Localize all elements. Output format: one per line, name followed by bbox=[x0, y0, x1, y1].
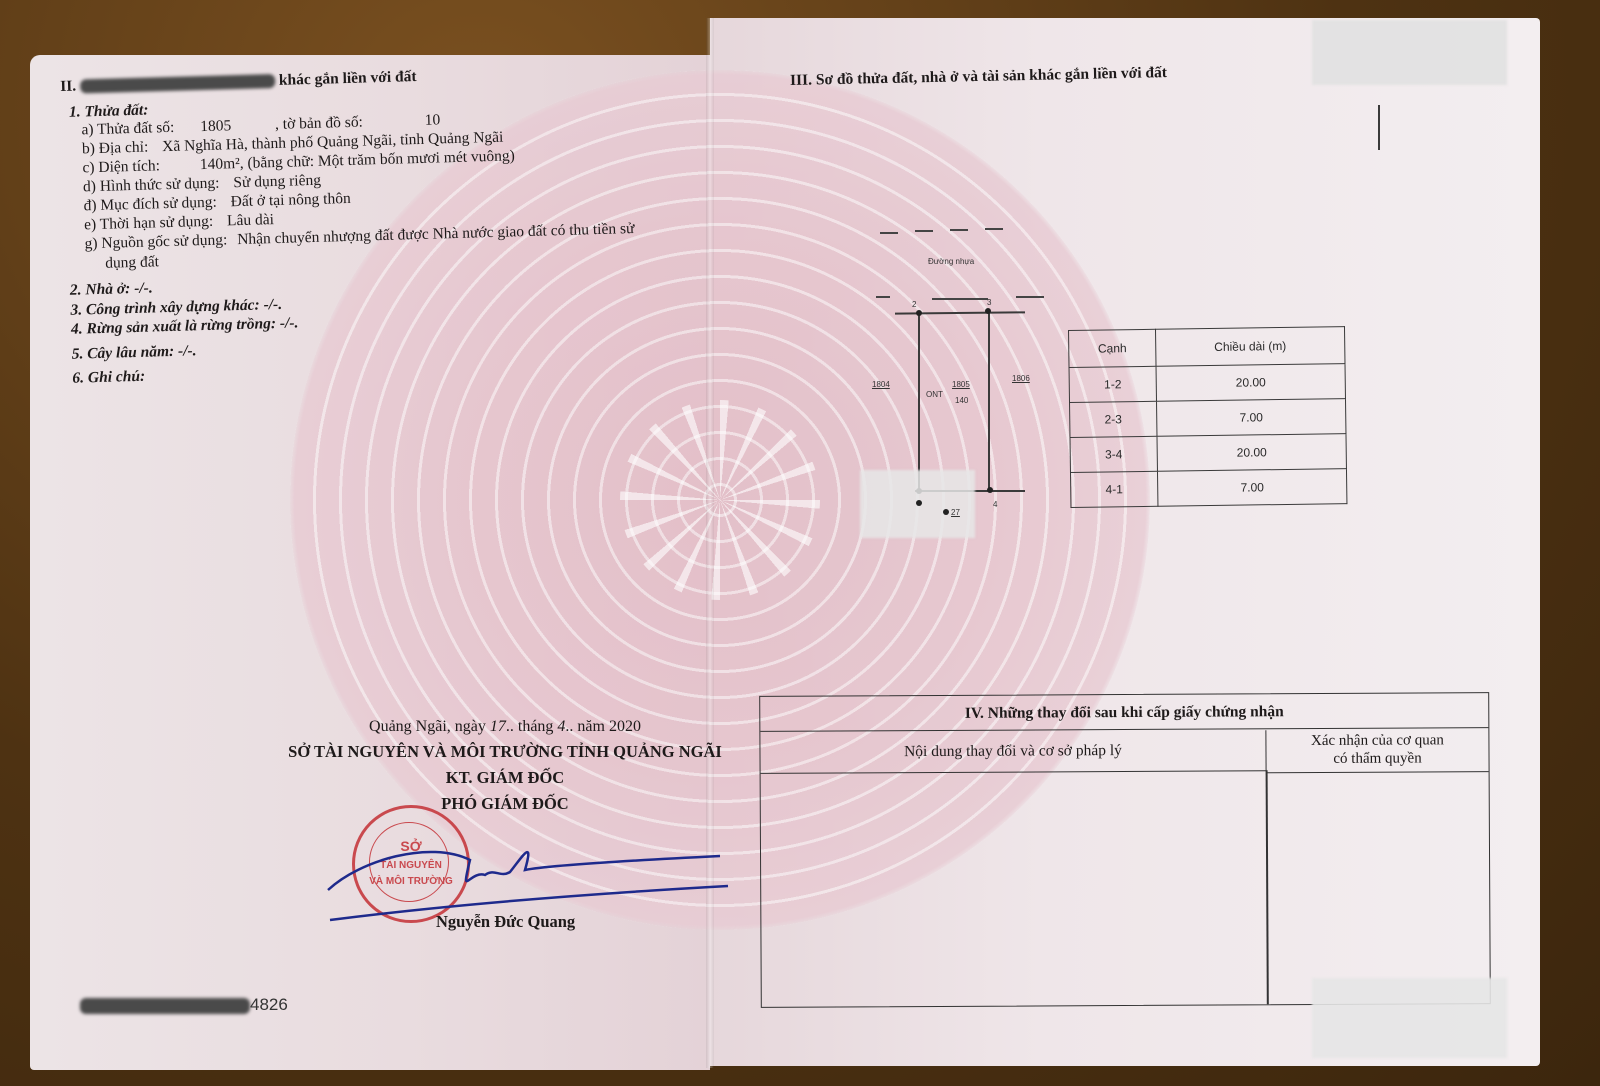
road-edge bbox=[876, 296, 890, 298]
road-edge bbox=[915, 230, 933, 232]
section-4-changes-table: IV. Những thay đổi sau khi cấp giấy chứn… bbox=[759, 692, 1491, 1008]
usage-form-value: Sử dụng riêng bbox=[233, 172, 321, 191]
signer-name: Nguyễn Đức Quang bbox=[436, 912, 575, 932]
length-cell: 20.00 bbox=[1156, 364, 1345, 402]
redacted-corner-top bbox=[1312, 20, 1507, 85]
parcel-number-value: 1805 bbox=[200, 117, 231, 135]
signer-title: PHÓ GIÁM ĐỐC bbox=[280, 794, 730, 814]
item-6-notes: 6. Ghi chú: bbox=[72, 368, 145, 388]
area-label: c) Diện tích: bbox=[82, 157, 160, 176]
land-type-code: ONT bbox=[926, 390, 943, 399]
usage-term-label: e) Thời hạn sử dụng: bbox=[84, 213, 214, 234]
column-header-edge: Cạnh bbox=[1069, 329, 1157, 367]
edge-cell: 4-1 bbox=[1070, 471, 1157, 507]
redacted-serial bbox=[80, 998, 250, 1014]
vertex-label-4: 4 bbox=[993, 500, 997, 509]
issue-year: năm 2020 bbox=[577, 718, 641, 735]
survey-marker bbox=[943, 509, 949, 515]
road-edge bbox=[985, 228, 1003, 230]
column-header-change-content: Nội dung thay đổi và cơ sở pháp lý bbox=[760, 730, 1266, 774]
edge-cell: 2-3 bbox=[1070, 401, 1157, 437]
edge-cell: 1-2 bbox=[1069, 366, 1156, 402]
edge-cell: 3-4 bbox=[1070, 436, 1157, 472]
certificate-serial: 4826 bbox=[80, 995, 288, 1015]
usage-term-value: Lâu dài bbox=[227, 211, 274, 229]
neighbor-parcel-left: 1804 bbox=[872, 380, 890, 389]
vertex-4 bbox=[987, 487, 993, 493]
table-row: 4-1 7.00 bbox=[1070, 469, 1346, 508]
map-sheet-value: 10 bbox=[424, 111, 440, 128]
table-row: 3-4 20.00 bbox=[1070, 434, 1346, 473]
edge-length-table: Cạnh Chiều dài (m) 1-2 20.00 2-3 7.00 3-… bbox=[1068, 326, 1347, 508]
parcel-area-diagram: 140 bbox=[955, 396, 968, 405]
table-header-row: Cạnh Chiều dài (m) bbox=[1069, 327, 1345, 368]
origin-value-cont: dụng đất bbox=[105, 253, 159, 272]
usage-form-label: d) Hình thức sử dụng: bbox=[83, 175, 220, 196]
margin-mark bbox=[1378, 105, 1380, 150]
issue-date: Quảng Ngãi, ngày 17.. tháng 4.. năm 2020 bbox=[280, 718, 730, 736]
road-label: Đường nhựa bbox=[928, 257, 974, 266]
month-label: tháng bbox=[518, 718, 554, 735]
road-edge bbox=[880, 232, 898, 234]
signature-block: Quảng Ngãi, ngày 17.. tháng 4.. năm 2020… bbox=[280, 718, 730, 814]
section-2-title-text: khác gắn liền với đất bbox=[279, 68, 417, 89]
column-divider bbox=[1266, 770, 1269, 1004]
serial-suffix: 4826 bbox=[250, 995, 288, 1014]
survey-marker bbox=[916, 500, 922, 506]
authority-header-line1: Xác nhận của cơ quan bbox=[1266, 731, 1488, 750]
item-1-label: 1. Thửa đất: bbox=[69, 102, 149, 122]
marker-label: 27 bbox=[951, 508, 960, 517]
date-prefix: Quảng Ngãi, ngày bbox=[369, 718, 486, 735]
section-2-number: II. bbox=[60, 78, 76, 95]
usage-purpose-value: Đất ở tại nông thôn bbox=[230, 190, 351, 210]
column-header-authority-confirmation: Xác nhận của cơ quan có thẩm quyền bbox=[1266, 729, 1488, 773]
redacted-corner-bottom bbox=[1312, 978, 1507, 1058]
plot-boundary-right bbox=[988, 311, 990, 491]
issue-day: 17 bbox=[490, 718, 506, 735]
vertex-3 bbox=[985, 308, 991, 314]
column-header-length: Chiều dài (m) bbox=[1155, 327, 1344, 367]
length-cell: 7.00 bbox=[1157, 399, 1346, 437]
vertex-label-2: 2 bbox=[912, 300, 916, 309]
usage-purpose-label: đ) Mục đích sử dụng: bbox=[83, 194, 217, 215]
road-edge bbox=[950, 229, 968, 231]
neighbor-parcel-right: 1806 bbox=[1012, 374, 1030, 383]
parcel-number-label: a) Thửa đất số: bbox=[81, 119, 174, 139]
plot-boundary-left bbox=[918, 313, 920, 493]
item-5-perennial-trees: 5. Cây lâu năm: -/-. bbox=[71, 342, 196, 363]
on-behalf-of: KT. GIÁM ĐỐC bbox=[280, 768, 730, 788]
address-label: b) Địa chỉ: bbox=[82, 139, 149, 158]
item-2-house: 2. Nhà ở: -/-. bbox=[70, 279, 153, 299]
authority-header-line2: có thẩm quyền bbox=[1266, 749, 1488, 768]
vertex-label-3: 3 bbox=[987, 298, 991, 307]
vertex-2 bbox=[916, 310, 922, 316]
length-cell: 7.00 bbox=[1157, 469, 1346, 507]
section-4-title: IV. Những thay đổi sau khi cấp giấy chứn… bbox=[760, 693, 1488, 732]
road-edge bbox=[932, 298, 988, 300]
map-sheet-label: , tờ bản đồ số: bbox=[275, 114, 363, 133]
origin-label: g) Nguồn gốc sử dụng: bbox=[84, 231, 227, 252]
length-cell: 20.00 bbox=[1157, 434, 1346, 472]
issuing-organization: SỞ TÀI NGUYÊN VÀ MÔI TRƯỜNG TỈNH QUẢNG N… bbox=[280, 742, 730, 762]
table-row: 2-3 7.00 bbox=[1070, 399, 1346, 438]
road-edge bbox=[1016, 296, 1044, 298]
parcel-number-label-diagram: 1805 bbox=[952, 380, 970, 389]
table-row: 1-2 20.00 bbox=[1069, 364, 1345, 403]
